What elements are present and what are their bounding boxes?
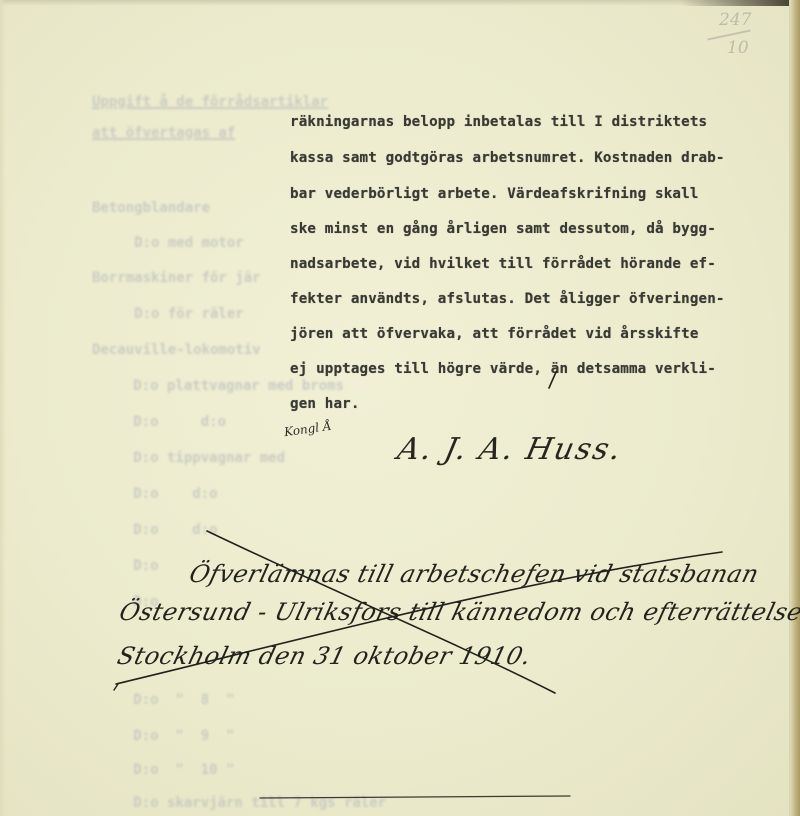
typed-line: gen har.	[290, 396, 360, 412]
bleed-line: Uppgift å de förrådsartiklar	[92, 94, 328, 110]
bleed-line: D:o tippvagnar med	[108, 450, 285, 466]
pencil-number-top: 247	[719, 10, 751, 30]
typed-line: fekter användts, afslutas. Det åligger ö…	[290, 291, 725, 307]
typed-line: ske minst en gång årligen samt dessutom,…	[290, 221, 716, 237]
bleed-line: D:o " 9 "	[108, 728, 234, 744]
bottom-rule-line	[260, 796, 570, 798]
handwritten-initials: Kongl Å	[283, 419, 332, 439]
bleed-line: D:o d:o	[108, 486, 218, 502]
handwritten-note-line: Östersund - Ulriksfors till kännedom och…	[117, 598, 800, 626]
bleed-line: D:o för räler	[92, 306, 244, 322]
pencil-number-bottom: 10	[727, 38, 749, 58]
bleed-line: D:o " 10 "	[108, 762, 234, 778]
page-right-edge	[789, 0, 800, 816]
page-left-shadow	[0, 0, 6, 816]
typed-line: räkningarnas belopp inbetalas till I dis…	[290, 114, 707, 130]
bleed-line: D:o med motor	[92, 235, 244, 251]
signature: A. J. A. Huss.	[394, 432, 626, 467]
bleed-line: Borrmaskiner för jär	[92, 270, 261, 286]
page-top-right-shadow	[680, 0, 800, 6]
handwritten-note-line: Öfverlämnas till arbetschefen vid statsb…	[187, 560, 762, 588]
pencil-page-number: 247 10	[705, 8, 765, 68]
typed-line: nadsarbete, vid hvilket till förrådet hö…	[290, 256, 716, 272]
bleed-line: D:o d:o	[108, 414, 226, 430]
bleed-line: att öfvertagas af	[92, 125, 235, 141]
bleed-line: D:o	[108, 558, 159, 574]
typed-line: ej upptages till högre värde, än detsamm…	[290, 361, 716, 377]
typed-line: jören att öfvervaka, att förrådet vid år…	[290, 326, 699, 342]
typed-line: bar vederbörligt arbete. Värdeafskrifnin…	[290, 186, 699, 202]
bleed-line: Decauville-lokomotiv	[92, 342, 261, 358]
bleed-line: D:o d:o	[108, 522, 218, 538]
bleed-line: D:o skarvjärn till 7 kgs räler	[108, 795, 386, 811]
bleed-line: D:o " 8 "	[108, 692, 234, 708]
handwritten-note-line: Stockholm den 31 oktober 1910.	[115, 642, 535, 670]
typed-line: kassa samt godtgöras arbetsnumret. Kostn…	[290, 150, 725, 166]
scanned-page: 247 10 Uppgift å de förrådsartiklar att …	[0, 0, 800, 816]
bleed-line: D:o plattvagnar med broms	[108, 378, 344, 394]
bleed-line: Betongblandare	[92, 200, 210, 216]
